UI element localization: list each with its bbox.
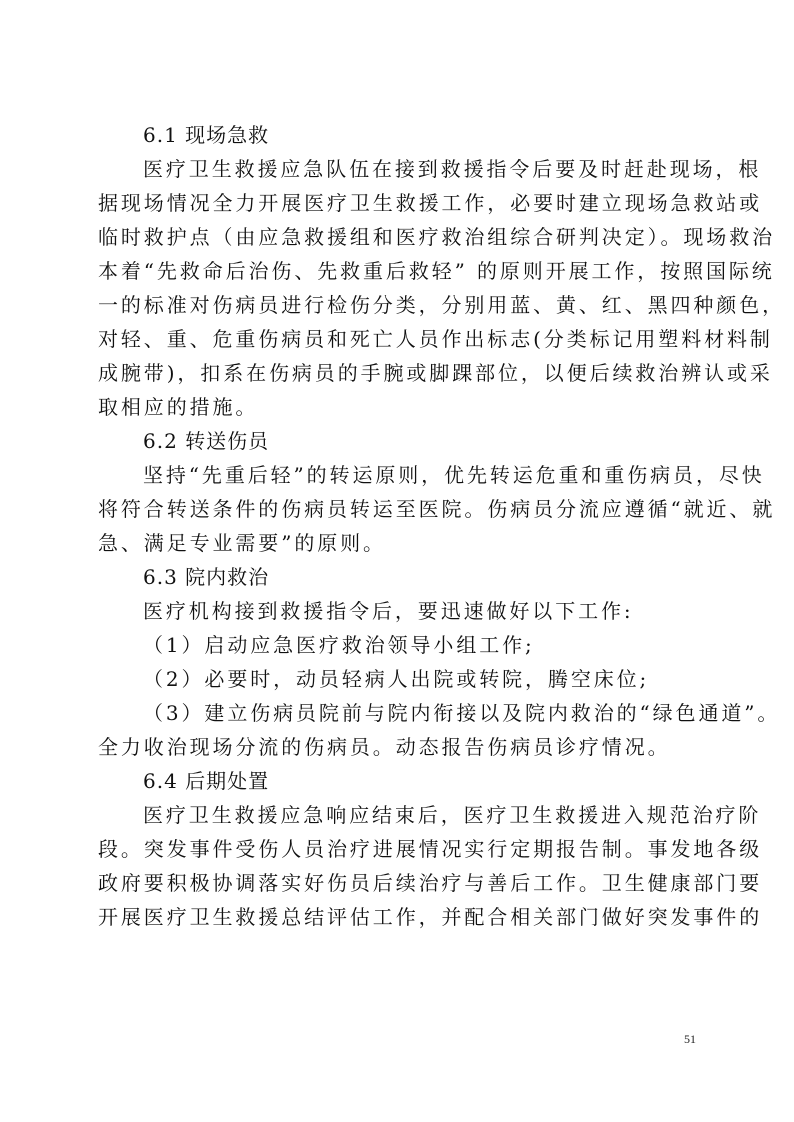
paragraph-line: 开展医疗卫生救援总结评估工作，并配合相关部门做好突发事件的 <box>98 900 702 934</box>
paragraph-line: 取相应的措施。 <box>98 390 702 424</box>
document-page: 6.1 现场急救 医疗卫生救援应急队伍在接到救援指令后要及时赶赴现场，根 据现场… <box>98 118 702 934</box>
page-number: 51 <box>684 1032 696 1047</box>
section-6-4: 6.4 后期处置 医疗卫生救援应急响应结束后，医疗卫生救援进入规范治疗阶 段。突… <box>98 764 702 934</box>
section-heading: 6.3 院内救治 <box>98 560 702 594</box>
list-item: （1）启动应急医疗救治领导小组工作; <box>98 628 702 662</box>
section-heading: 6.2 转送伤员 <box>98 424 702 458</box>
list-item: （2）必要时，动员轻病人出院或转院，腾空床位; <box>98 662 702 696</box>
paragraph-line: 据现场情况全力开展医疗卫生救援工作，必要时建立现场急救站或 <box>98 186 702 220</box>
paragraph-line: 一的标准对伤病员进行检伤分类，分别用蓝、黄、红、黑四种颜色， <box>98 288 702 322</box>
paragraph-line: 段。突发事件受伤人员治疗进展情况实行定期报告制。事发地各级 <box>98 832 702 866</box>
section-6-3: 6.3 院内救治 医疗机构接到救援指令后，要迅速做好以下工作: （1）启动应急医… <box>98 560 702 764</box>
paragraph-line: 坚持“先重后轻”的转运原则，优先转运危重和重伤病员，尽快 <box>98 458 702 492</box>
paragraph-line: 全力收治现场分流的伤病员。动态报告伤病员诊疗情况。 <box>98 730 702 764</box>
section-6-2: 6.2 转送伤员 坚持“先重后轻”的转运原则，优先转运危重和重伤病员，尽快 将符… <box>98 424 702 560</box>
paragraph-line: 对轻、重、危重伤病员和死亡人员作出标志(分类标记用塑料材料制 <box>98 322 702 356</box>
paragraph-line: 临时救护点（由应急救援组和医疗救治组综合研判决定）。现场救治 <box>98 220 702 254</box>
paragraph-intro: 医疗机构接到救援指令后，要迅速做好以下工作: <box>98 594 702 628</box>
paragraph-line: 成腕带)，扣系在伤病员的手腕或脚踝部位，以便后续救治辨认或采 <box>98 356 702 390</box>
paragraph-line: 政府要积极协调落实好伤员后续治疗与善后工作。卫生健康部门要 <box>98 866 702 900</box>
section-heading: 6.4 后期处置 <box>98 764 702 798</box>
section-6-1: 6.1 现场急救 医疗卫生救援应急队伍在接到救援指令后要及时赶赴现场，根 据现场… <box>98 118 702 424</box>
section-heading: 6.1 现场急救 <box>98 118 702 152</box>
paragraph-line: 医疗卫生救援应急响应结束后，医疗卫生救援进入规范治疗阶 <box>98 798 702 832</box>
paragraph-line: 医疗卫生救援应急队伍在接到救援指令后要及时赶赴现场，根 <box>98 152 702 186</box>
paragraph-line: 急、满足专业需要”的原则。 <box>98 526 702 560</box>
paragraph-line: 本着“先救命后治伤、先救重后救轻” 的原则开展工作，按照国际统 <box>98 254 702 288</box>
paragraph-line: 将符合转送条件的伤病员转运至医院。伤病员分流应遵循“就近、就 <box>98 492 702 526</box>
list-item: （3）建立伤病员院前与院内衔接以及院内救治的“绿色通道”。 <box>98 696 702 730</box>
